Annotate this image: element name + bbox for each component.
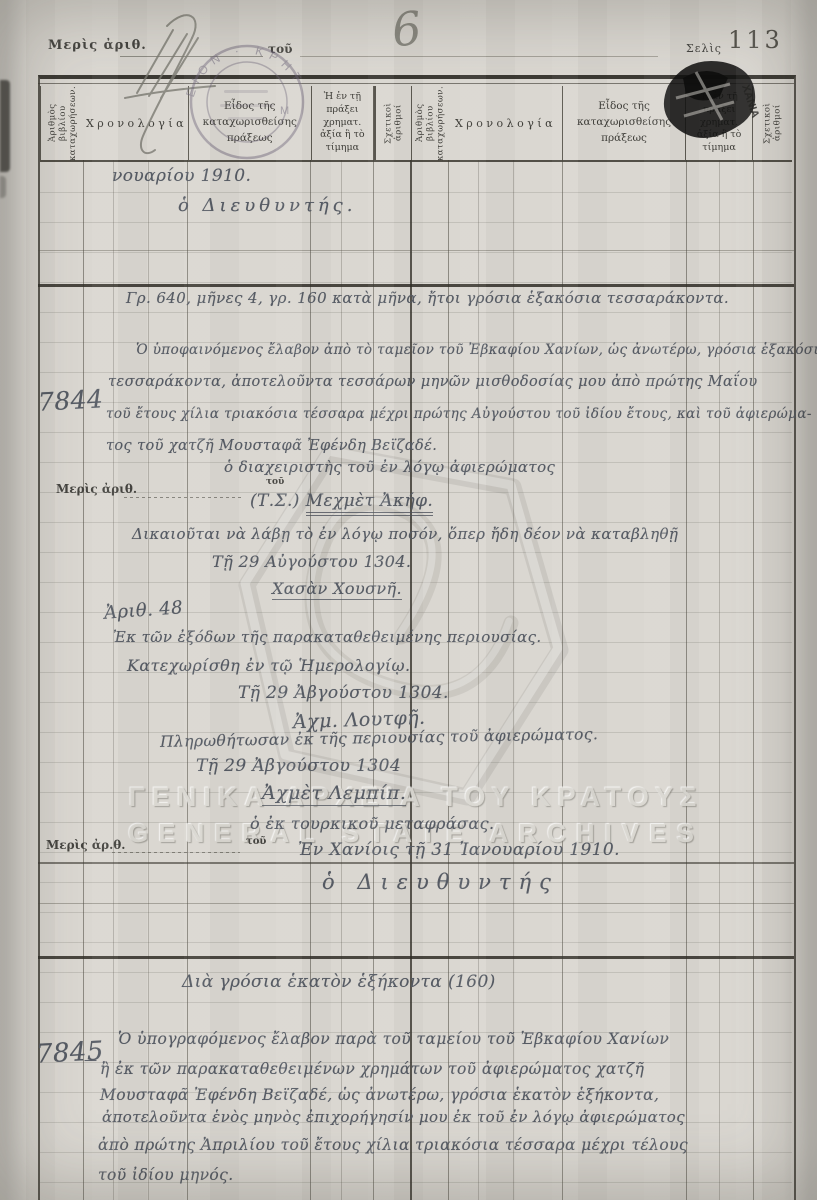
sum-line: Γρ. 640, μῆνες 4, γρ. 160 κατὰ μῆνα, ἤτο… (126, 289, 729, 307)
pencil-number-note: 6 (389, 1, 424, 58)
column-header-book-number-right: Ἀριθμὸς βιβλίου καταχωρήσεων. (411, 86, 449, 160)
column-rule (753, 160, 754, 1200)
approval-line: Δικαιοῦται νὰ λάβῃ τὸ ἐν λόγῳ ποσόν, ὅπε… (132, 525, 678, 543)
entry-7844-line: τεσσαράκοντα, ἀποτελοῦντα τεσσάρων μηνῶν… (108, 374, 758, 390)
entry-7845-line: Μουσταφᾶ Ἐφένδη Βεϊζαδέ, ὡς ἀνωτέρω, γρό… (100, 1086, 659, 1104)
margin-dash: — (84, 1053, 97, 1068)
column-rule (113, 160, 114, 1200)
entry-7845-line: ἢ ἐκ τῶν παρακαταθεθειμένων χρημάτων τοῦ… (100, 1060, 644, 1078)
scan-edge-mark (0, 80, 10, 172)
stamp-inner-letter: Μ (280, 105, 289, 117)
section-rule (38, 250, 794, 251)
column-rule (719, 160, 720, 1200)
entry-7845-line: ἀποτελοῦντα ἑνὸς μηνὸς ἐπιχορήγησίν μου … (102, 1108, 685, 1126)
signature-name: Μεχμὲτ Ἀκήφ. (306, 491, 434, 516)
register-page-scan: ΓΕΝΙΚΑ ΑΡΧΕΙΑ ΤΟΥ ΚΡΑΤΟΥΣ GENERAL STATE … (0, 0, 817, 1200)
signature-name: Ἀχμὲτ Λεμπίπ. (262, 782, 406, 806)
column-header-related-left: Σχετικοὶ ἀριθμοί (374, 86, 411, 160)
payment-date: Τῇ 29 Ἀβγούστου 1304 (196, 756, 401, 776)
round-stamp-faint: ΕΙΟΝ · ΚΡΗΤ Μ (172, 22, 322, 172)
note-line: Κατεχωρίσθη ἐν τῷ Ἡμερολογίῳ. (127, 656, 410, 675)
approval-signature: Χασὰν Χουσνῆ. (272, 579, 402, 598)
note-line: Ἐκ τῶν ἐξόδων τῆς παρακαταθεθειμένης περ… (113, 628, 542, 646)
note-date: Τῇ 29 Ἀβγούστου 1304. (238, 683, 449, 703)
section-rule (38, 862, 794, 864)
entry-7844-role-line: ὁ διαχειριστὴς τοῦ ἐν λόγῳ ἀφιερώματος (224, 458, 555, 476)
entry-7844-signature: (Τ.Σ.) Μεχμὲτ Ἀκήφ. (250, 491, 433, 511)
column-rule (686, 160, 687, 1200)
form-blank-line (124, 497, 244, 498)
column-header-book-number-left: Ἀριθμὸς βιβλίου καταχωρήσεων. (40, 86, 85, 160)
meris-arith-label-mid: Μερὶς ἀριθ. (56, 482, 137, 496)
watermark-greek: ΓΕΝΙΚΑ ΑΡΧΕΙΑ ΤΟΥ ΚΡΑΤΟΥΣ (38, 782, 794, 813)
approval-date: Τῇ 29 Αὐγούστου 1304. (212, 552, 411, 571)
entry-number-7844: 7844 (37, 384, 104, 416)
amount-line: Διὰ γρόσια ἑκατὸν ἑξήκοντα (160) (182, 972, 496, 992)
section-divider-heavy (38, 284, 794, 287)
entry-7845-line: ἀπὸ πρώτης Ἀπριλίου τοῦ ἔτους χίλια τρια… (98, 1136, 688, 1154)
tou-label-mid: τοῦ (266, 477, 284, 487)
scan-edge-mark (0, 176, 6, 198)
signature-name: Χασὰν Χουσνῆ. (272, 579, 402, 600)
meris-arith-label-bottom: Μερὶς ἀρ.θ. (46, 838, 125, 852)
form-blank-line (300, 56, 658, 57)
director-signature: ὁ Διευθυντής. (178, 195, 356, 216)
payment-signature: Ἀχμὲτ Λεμπίπ. (262, 782, 406, 804)
entry-7844-line: τος τοῦ χατζῆ Μουσταφᾶ Ἐφένδη Βεϊζαδέ. (106, 438, 437, 454)
closing-place-date: Ἐν Χανίοις τῇ 31 Ἰανουαρίου 1910. (298, 840, 620, 860)
section-divider-heavy (38, 956, 794, 959)
tou-label-bottom: τοῦ (246, 836, 266, 847)
seal-abbreviation: (Τ.Σ.) (250, 491, 300, 511)
closing-director-signature: ὁ Διευθυντής (322, 870, 559, 894)
form-blank-line (112, 852, 240, 853)
entry-7844-line: τοῦ ἔτους χίλια τριακόσια τέσσαρα μέχρι … (106, 406, 812, 422)
entry-7845-line: Ὁ ὑπογραφόμενος ἔλαβον παρὰ τοῦ ταμείου … (118, 1030, 669, 1048)
section-rule (38, 903, 794, 904)
translator-role-line: ὁ ἐκ τουρκικοῦ μεταφράσας. (250, 814, 494, 833)
column-header-chronology-right: Χρονολογία (449, 86, 563, 160)
ink-stamp: ΧΑΝΙΑ (638, 28, 770, 160)
entry-7845-line: τοῦ ἰδίου μηνός. (98, 1166, 234, 1184)
entry-7844-line: Ὁ ὑποφαινόμενος ἔλαβον ἀπὸ τὸ ταμεῖον το… (136, 342, 817, 358)
